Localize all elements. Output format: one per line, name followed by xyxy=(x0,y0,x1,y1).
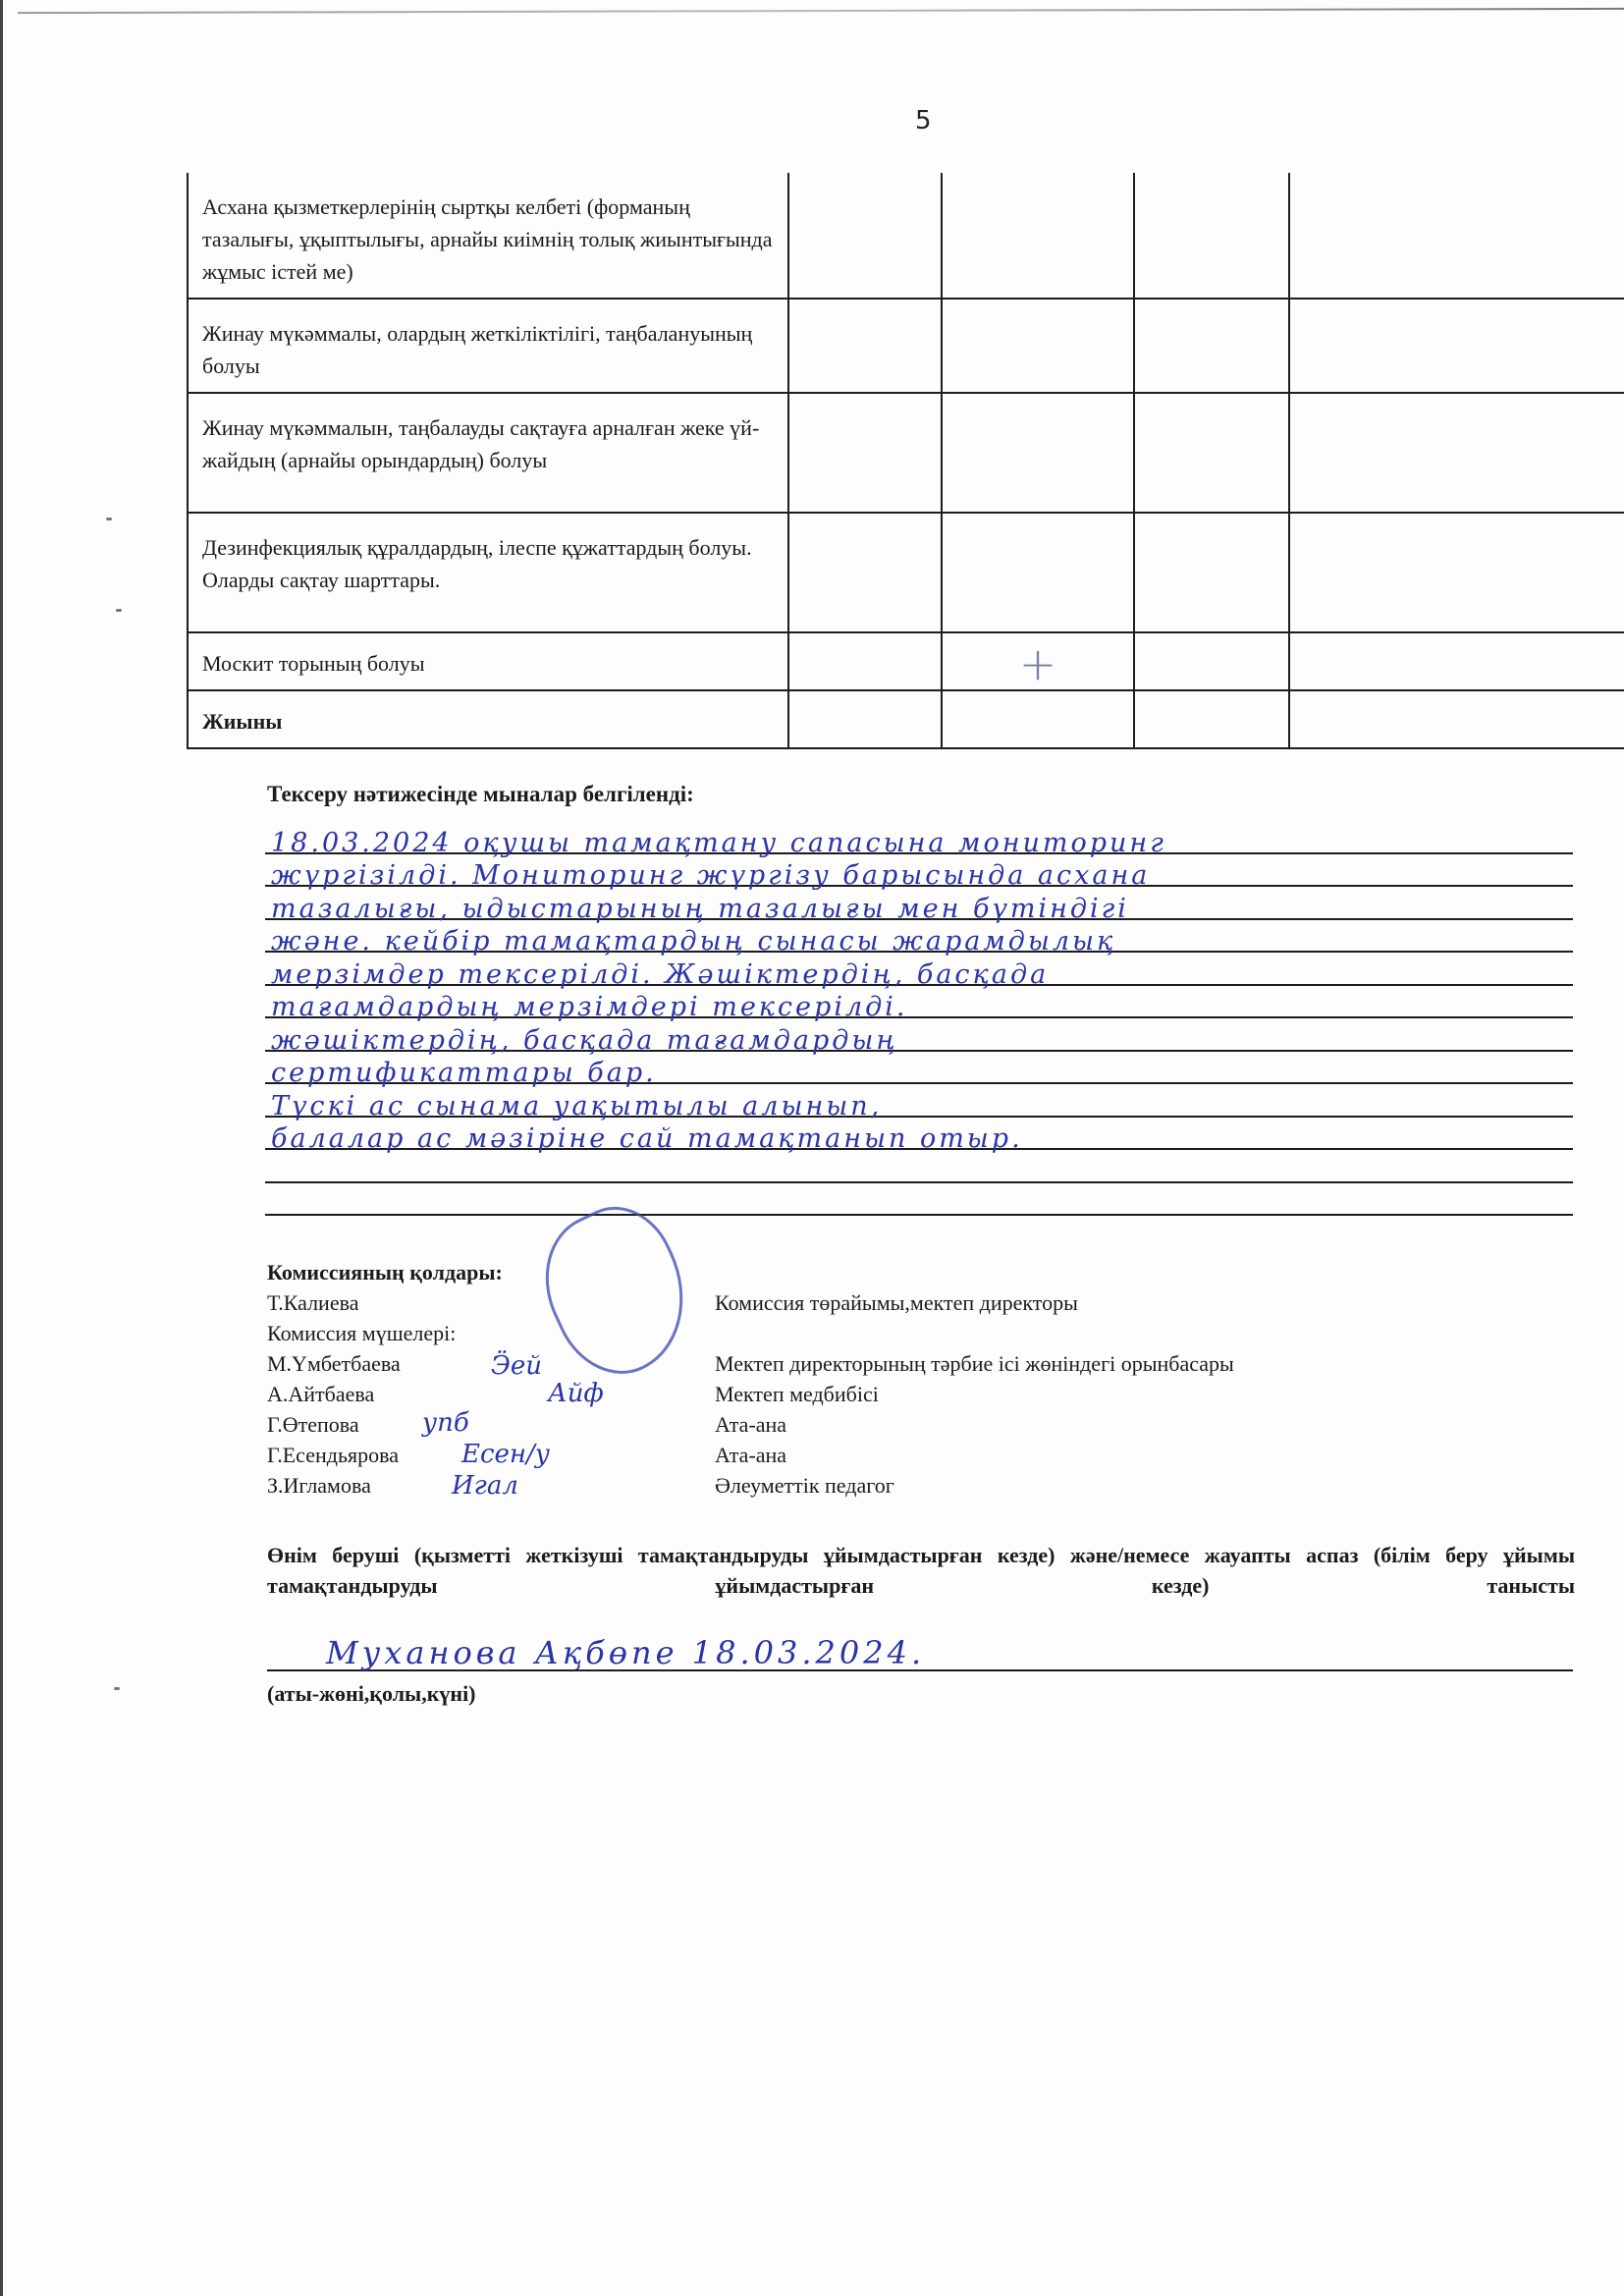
member-name: А.Айтбаева xyxy=(267,1379,503,1409)
note-cell xyxy=(1289,393,1624,513)
table-row: Жинау мүкәммалы, олардың жеткіліктілігі,… xyxy=(188,299,1624,393)
mark-cell xyxy=(788,632,942,690)
table-row-total: Жиыны xyxy=(188,690,1624,748)
findings-ruled-lines: 18.03.2024 оқушы тамақтану сапасына мони… xyxy=(265,821,1573,1216)
mark-cell xyxy=(1134,299,1289,393)
ruled-line xyxy=(265,1150,1573,1183)
plus-mark-icon: + xyxy=(956,648,1119,680)
mark-cell xyxy=(1134,173,1289,299)
member-role: Мектеп директорының тәрбие ісі жөніндегі… xyxy=(715,1348,1234,1379)
scan-speck xyxy=(114,1687,120,1690)
producer-handwritten: Муханова Ақбөпе 18.03.2024. xyxy=(326,1634,925,1671)
chair-role: Комиссия төрайымы,мектеп директоры xyxy=(715,1287,1234,1318)
member-name: М.Үмбетбаева xyxy=(267,1348,503,1379)
scan-edge xyxy=(18,8,1624,14)
signatures-heading: Комиссияның қолдары: xyxy=(267,1257,503,1287)
findings-title: Тексеру нәтижесінде мыналар белгіленді: xyxy=(267,782,694,807)
total-cell xyxy=(942,690,1134,748)
mark-cell: + xyxy=(942,632,1134,690)
table-row: Жинау мүкәммалын, таңбалауды сақтауға ар… xyxy=(188,393,1624,513)
member-signature: упб xyxy=(422,1408,469,1438)
ruled-line xyxy=(265,1183,1573,1217)
mark-cell xyxy=(788,299,942,393)
member-role: Ата-ана xyxy=(715,1409,1234,1440)
mark-cell xyxy=(788,513,942,632)
member-signature: Айф xyxy=(548,1379,604,1408)
ruled-line: балалар ас мәзіріне сай тамақтанып отыр. xyxy=(265,1118,1573,1151)
table-row: Асхана қызметкерлерінің сыртқы келбеті (… xyxy=(188,173,1624,299)
members-label: Комиссия мүшелері: xyxy=(267,1318,503,1348)
member-signature: Ӭей xyxy=(491,1351,542,1381)
note-cell xyxy=(1289,632,1624,690)
total-cell xyxy=(1289,690,1624,748)
criterion-cell: Жинау мүкәммалы, олардың жеткіліктілігі,… xyxy=(188,299,788,393)
ruled-line: тазалығы, ыдыстарының тазалығы мен бүтін… xyxy=(265,887,1573,920)
ruled-line: жүргізілді. Мониторинг жүргізу барысында… xyxy=(265,854,1573,888)
table-row: Москит торының болуы + xyxy=(188,632,1624,690)
ruled-line: 18.03.2024 оқушы тамақтану сапасына мони… xyxy=(265,821,1573,854)
table-row: Дезинфекциялық құралдардың, ілеспе құжат… xyxy=(188,513,1624,632)
ruled-line: және. кейбір тамақтардың сынасы жарамдыл… xyxy=(265,920,1573,954)
chair-name: Т.Калиева xyxy=(267,1287,503,1318)
member-role: Әлеуметтік педагог xyxy=(715,1470,1234,1501)
member-signature: Игал xyxy=(452,1471,518,1501)
criterion-cell: Асхана қызметкерлерінің сыртқы келбеті (… xyxy=(188,173,788,299)
mark-cell xyxy=(942,513,1134,632)
scan-speck xyxy=(116,609,122,612)
note-cell xyxy=(1289,513,1624,632)
member-role: Ата-ана xyxy=(715,1440,1234,1470)
mark-cell xyxy=(788,173,942,299)
criteria-table: Асхана қызметкерлерінің сыртқы келбеті (… xyxy=(187,173,1624,749)
mark-cell xyxy=(1134,632,1289,690)
note-cell xyxy=(1289,173,1624,299)
total-cell xyxy=(788,690,942,748)
member-signature: Есен/у xyxy=(461,1440,550,1469)
criterion-cell: Дезинфекциялық құралдардың, ілеспе құжат… xyxy=(188,513,788,632)
producer-statement: Өнім беруші (қызметті жеткізуші тамақтан… xyxy=(267,1540,1575,1601)
producer-signature-line: Муханова Ақбөпе 18.03.2024. xyxy=(267,1630,1573,1671)
producer-caption: (аты-жөні,қолы,күні) xyxy=(267,1681,476,1707)
criterion-cell: Жинау мүкәммалын, таңбалауды сақтауға ар… xyxy=(188,393,788,513)
chair-signature xyxy=(521,1189,711,1394)
ruled-line: мерзімдер тексерілді. Жәшіктердің, басқа… xyxy=(265,953,1573,986)
mark-cell xyxy=(788,393,942,513)
total-cell xyxy=(1134,690,1289,748)
page-number: 5 xyxy=(915,106,932,136)
criterion-cell: Москит торының болуы xyxy=(188,632,788,690)
ruled-line: жәшіктердің, басқада тағамдардың xyxy=(265,1018,1573,1052)
ruled-line: Түскі ас сынама уақытылы алынып, xyxy=(265,1084,1573,1118)
total-label: Жиыны xyxy=(188,690,788,748)
mark-cell xyxy=(942,393,1134,513)
mark-cell xyxy=(1134,513,1289,632)
mark-cell xyxy=(1134,393,1289,513)
ruled-line: тағамдардың мерзімдері тексерілді. xyxy=(265,986,1573,1019)
mark-cell xyxy=(942,173,1134,299)
note-cell xyxy=(1289,299,1624,393)
scan-edge-left xyxy=(0,0,3,2296)
member-role: Мектеп медбибісі xyxy=(715,1379,1234,1409)
roles-column: Комиссия төрайымы,мектеп директоры Мекте… xyxy=(715,1287,1234,1501)
ruled-line: сертификаттары бар. xyxy=(265,1052,1573,1085)
mark-cell xyxy=(942,299,1134,393)
scan-speck xyxy=(106,518,112,520)
